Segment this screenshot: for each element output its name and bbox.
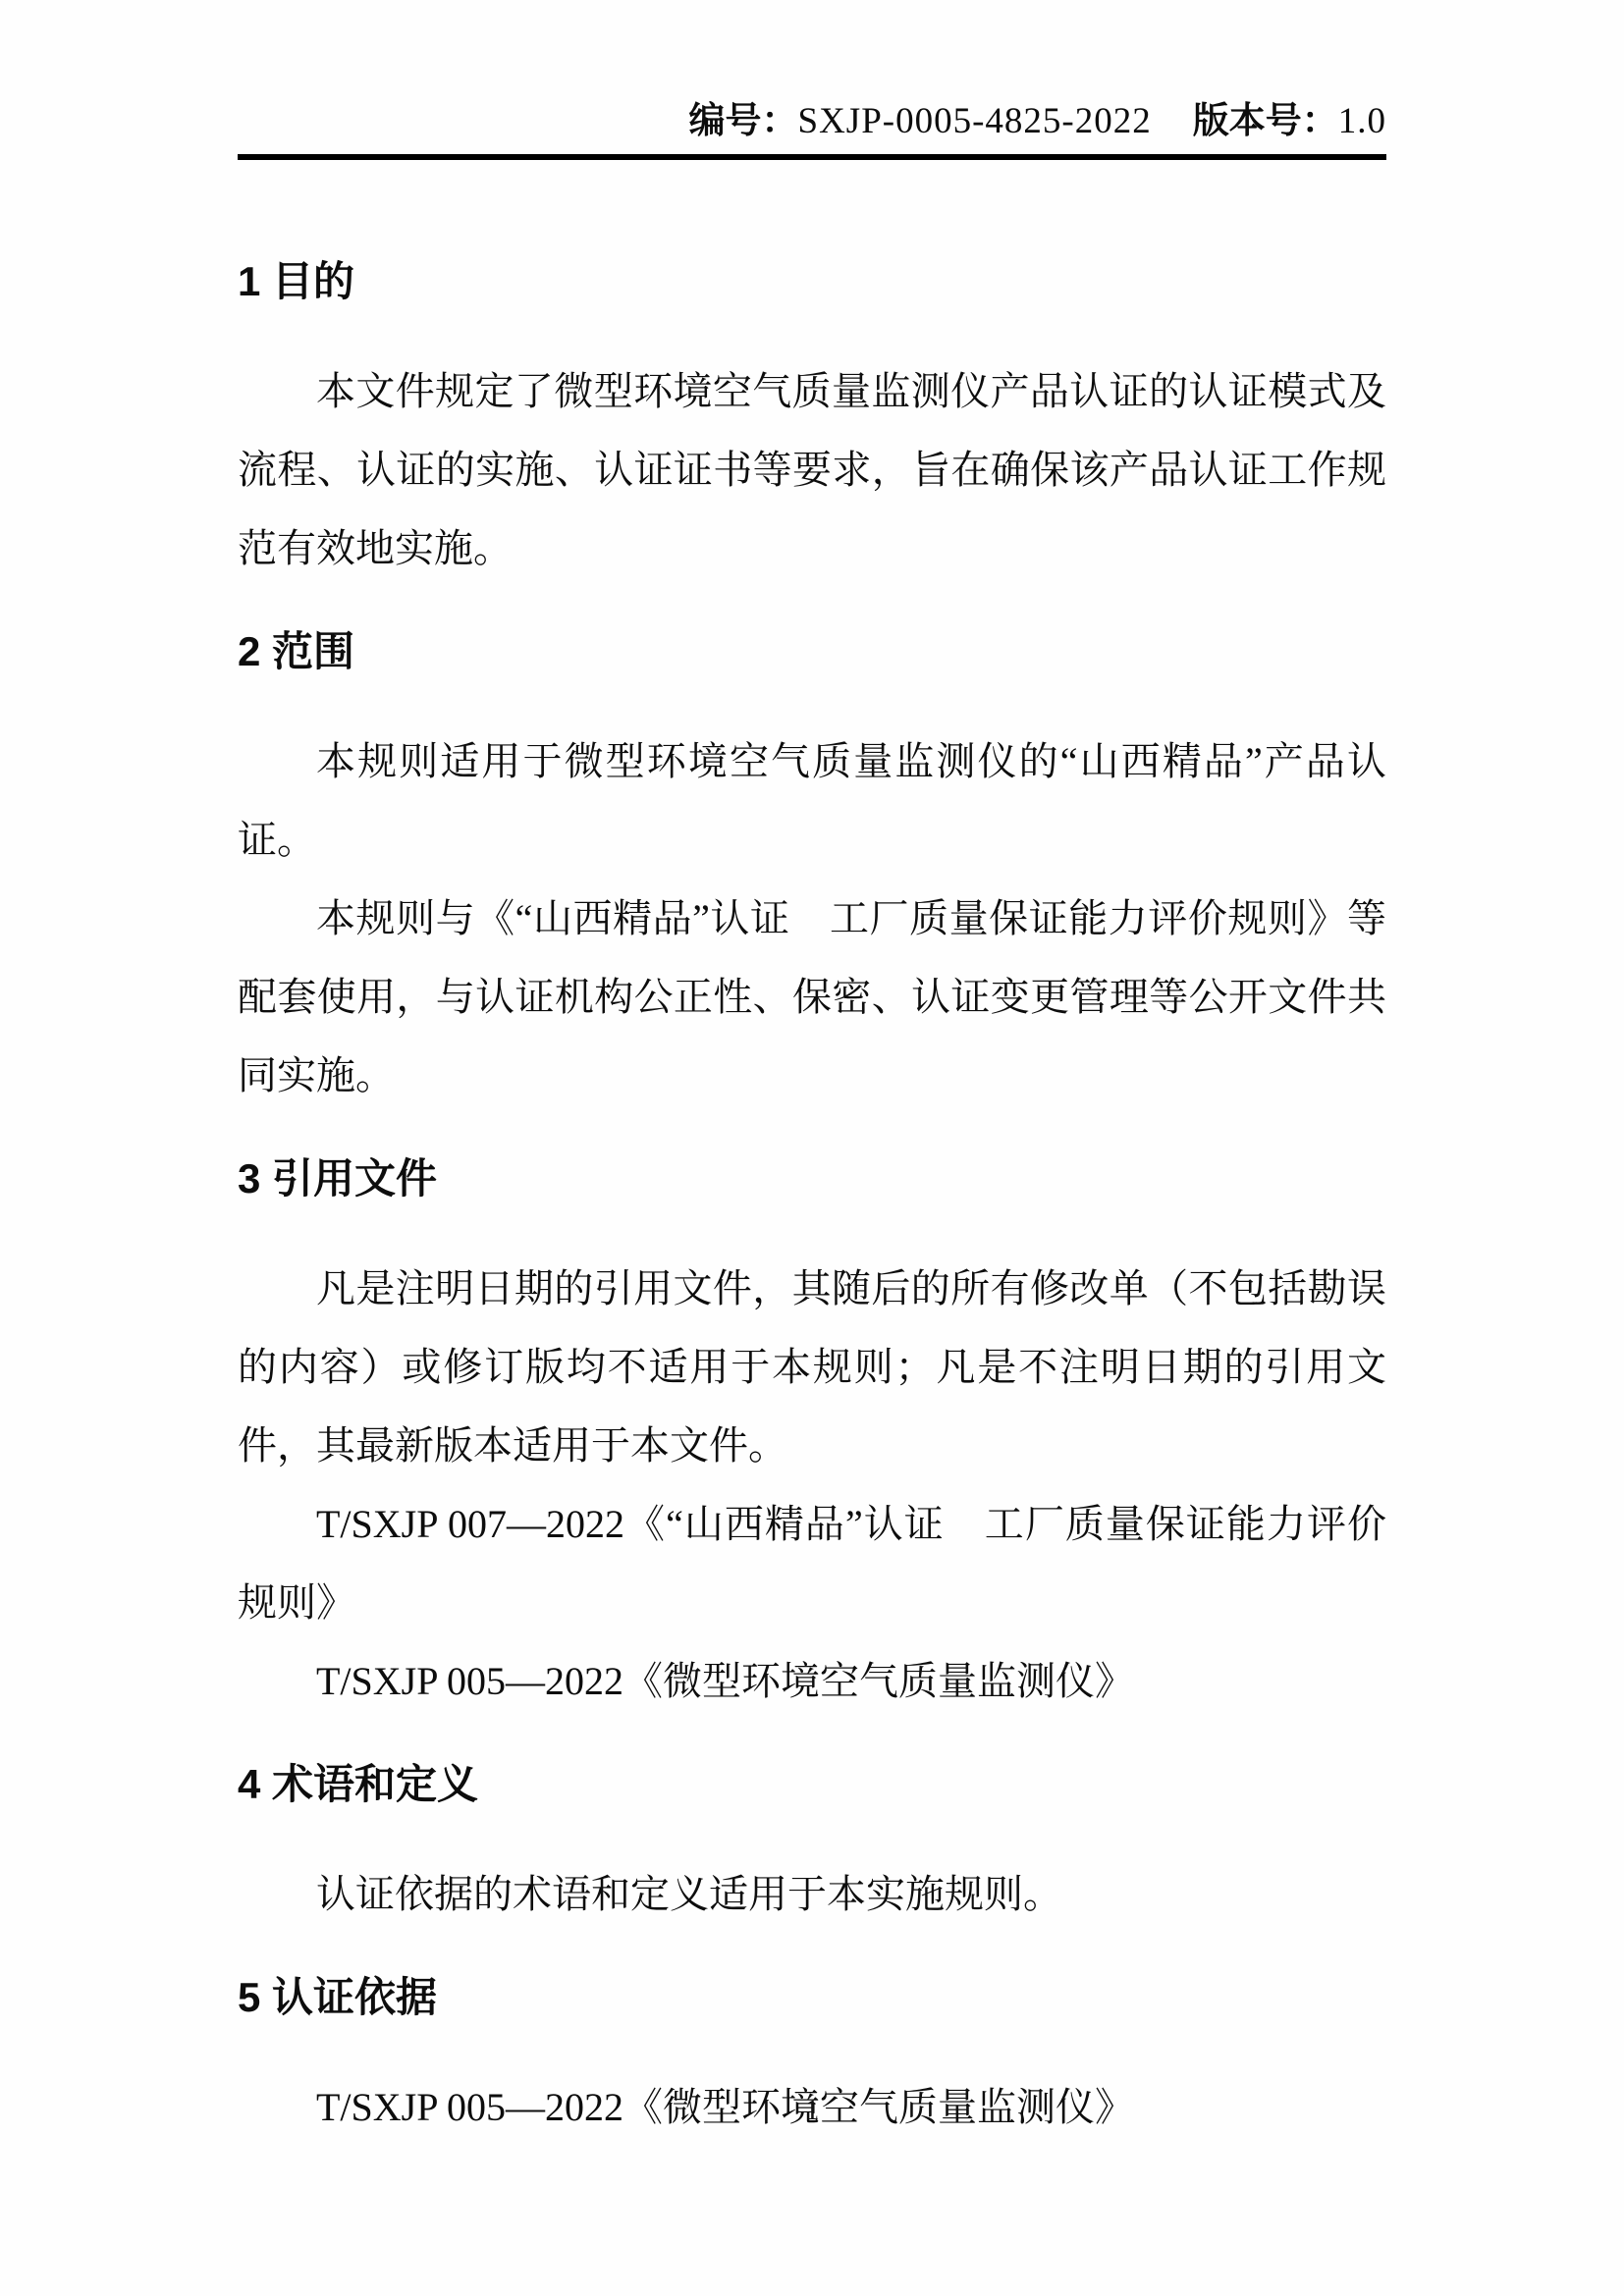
version-label: 版本号： — [1193, 100, 1338, 140]
section-heading-terms-definitions: 4 术语和定义 — [238, 1745, 1386, 1824]
section-heading-scope: 2 范围 — [238, 613, 1386, 691]
paragraph: 认证依据的术语和定义适用于本实施规则。 — [238, 1855, 1386, 1934]
section-heading-purpose: 1 目的 — [238, 242, 1386, 321]
section-terms-definitions: 4 术语和定义 认证依据的术语和定义适用于本实施规则。 — [238, 1745, 1386, 1934]
document-body: 1 目的 本文件规定了微型环境空气质量监测仪产品认证的认证模式及流程、认证的实施… — [238, 242, 1386, 2147]
section-scope: 2 范围 本规则适用于微型环境空气质量监测仪的“山西精品”产品认证。 本规则与《… — [238, 613, 1386, 1115]
version-value: 1.0 — [1338, 101, 1386, 141]
document-page: 编号：SXJP-0005-4825-2022版本号：1.0 1 目的 本文件规定… — [0, 0, 1624, 2296]
paragraph: 本文件规定了微型环境空气质量监测仪产品认证的认证模式及流程、认证的实施、认证证书… — [238, 352, 1386, 588]
page-number: 1 — [0, 2089, 1624, 2132]
standard-reference: T/SXJP 007—2022《“山西精品”认证 工厂质量保证能力评价规则》 — [238, 1485, 1386, 1642]
header-rule — [238, 154, 1386, 160]
document-header: 编号：SXJP-0005-4825-2022版本号：1.0 — [238, 98, 1386, 144]
section-heading-referenced-documents: 3 引用文件 — [238, 1140, 1386, 1218]
doc-number-value: SXJP-0005-4825-2022 — [798, 101, 1152, 141]
paragraph: 本规则与《“山西精品”认证 工厂质量保证能力评价规则》等配套使用，与认证机构公正… — [238, 880, 1386, 1115]
doc-number-label: 编号： — [689, 100, 798, 140]
section-purpose: 1 目的 本文件规定了微型环境空气质量监测仪产品认证的认证模式及流程、认证的实施… — [238, 242, 1386, 588]
standard-reference: T/SXJP 005—2022《微型环境空气质量监测仪》 — [238, 1642, 1386, 1721]
section-heading-certification-basis: 5 认证依据 — [238, 1958, 1386, 2037]
paragraph: 本规则适用于微型环境空气质量监测仪的“山西精品”产品认证。 — [238, 722, 1386, 880]
paragraph: 凡是注明日期的引用文件，其随后的所有修改单（不包括勘误的内容）或修订版均不适用于… — [238, 1250, 1386, 1485]
section-referenced-documents: 3 引用文件 凡是注明日期的引用文件，其随后的所有修改单（不包括勘误的内容）或修… — [238, 1140, 1386, 1721]
